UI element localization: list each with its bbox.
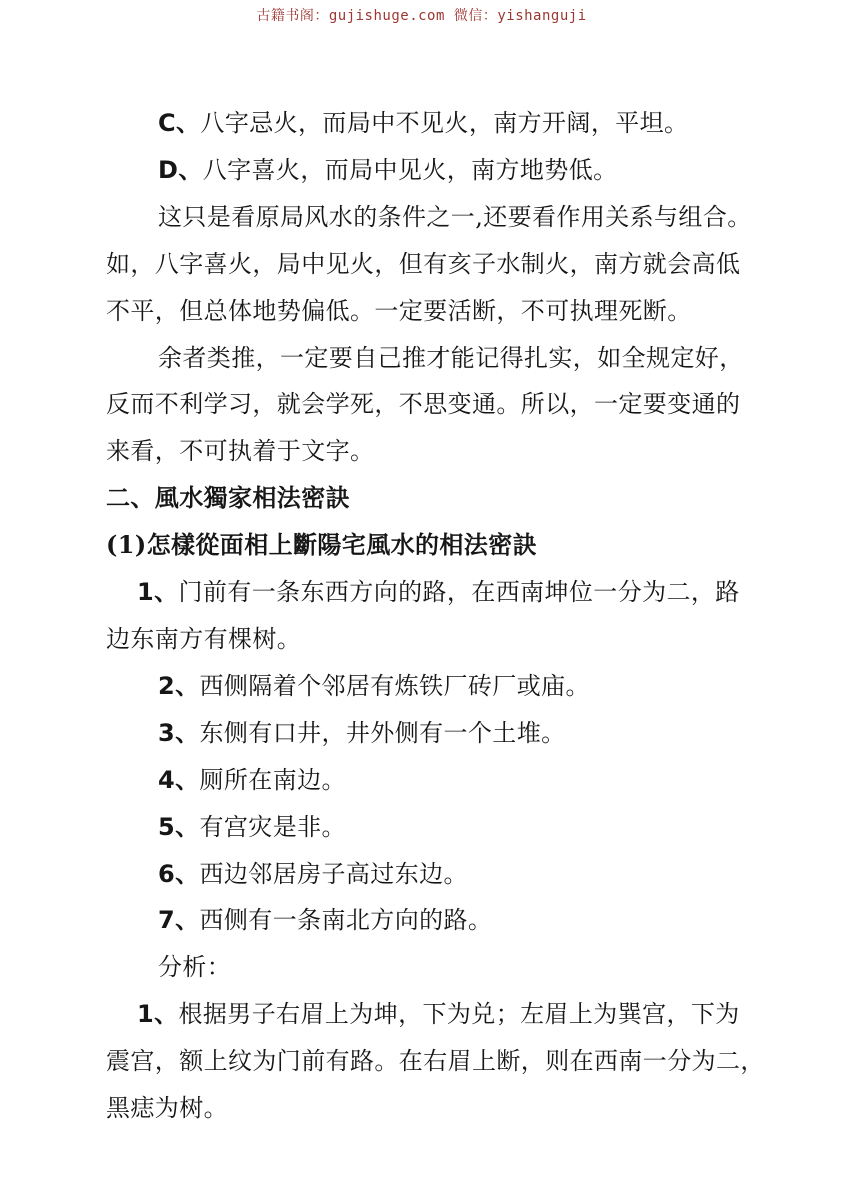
- text-line: 余者类推，一定要自己推才能记得扎实，如全规定好，: [106, 335, 750, 382]
- line-text: 震宫，额上纹为门前有路。在右眉上断，则在西南一分为二，: [106, 1047, 765, 1075]
- text-line: 边东南方有棵树。: [106, 616, 750, 663]
- text-line: 震宫，额上纹为门前有路。在右眉上断，则在西南一分为二，: [106, 1038, 750, 1085]
- list-item-marker: 1、: [137, 578, 179, 606]
- line-text: 分析：: [158, 953, 231, 981]
- line-text: 八字忌火，而局中不见火，南方开阔，平坦。: [200, 109, 688, 137]
- text-line: 1、门前有一条东西方向的路，在西南坤位一分为二，路: [106, 569, 750, 616]
- document-body: C、八字忌火，而局中不见火，南方开阔，平坦。D、八字喜火，而局中见火，南方地势低…: [106, 100, 750, 1132]
- document-page: 古籍书阁：gujishuge.com 微信：yishanguji C、八字忌火，…: [0, 0, 843, 1182]
- text-line: 7、西侧有一条南北方向的路。: [106, 897, 750, 944]
- text-line: 2、西侧隔着个邻居有炼铁厂砖厂或庙。: [106, 663, 750, 710]
- text-line: 4、厕所在南边。: [106, 757, 750, 804]
- list-item-marker: 4、: [158, 766, 200, 794]
- line-text: 不平，但总体地势偏低。一定要活断，不可执理死断。: [106, 297, 692, 325]
- text-line: D、八字喜火，而局中见火，南方地势低。: [106, 147, 750, 194]
- line-text: 反而不利学习，就会学死，不思变通。所以，一定要变通的: [106, 390, 740, 418]
- line-text: 西侧隔着个邻居有炼铁厂砖厂或庙。: [200, 672, 590, 700]
- line-text: 门前有一条东西方向的路，在西南坤位一分为二，路: [179, 578, 740, 606]
- line-text: 边东南方有棵树。: [106, 625, 301, 653]
- line-text: 黑痣为树。: [106, 1094, 228, 1122]
- line-text: (1)怎樣從面相上斷陽宅風水的相法密訣: [106, 530, 537, 559]
- text-line: 这只是看原局风水的条件之一,还要看作用关系与组合。: [106, 194, 750, 241]
- list-item-marker: 3、: [158, 719, 200, 747]
- text-line: 来看，不可执着于文字。: [106, 428, 750, 475]
- text-line: 如，八字喜火，局中见火，但有亥子水制火，南方就会高低: [106, 241, 750, 288]
- list-item-marker: 1、: [137, 1000, 179, 1028]
- section-heading: 二、風水獨家相法密訣: [106, 475, 750, 522]
- line-text: 这只是看原局风水的条件之一,还要看作用关系与组合。: [158, 203, 752, 231]
- line-text: 厕所在南边。: [200, 766, 346, 794]
- text-line: C、八字忌火，而局中不见火，南方开阔，平坦。: [106, 100, 750, 147]
- line-text: 余者类推，一定要自己推才能记得扎实，如全规定好，: [158, 344, 744, 372]
- list-item-marker: D、: [158, 156, 203, 184]
- watermark-header: 古籍书阁：gujishuge.com 微信：yishanguji: [0, 5, 843, 25]
- text-line: 1、根据男子右眉上为坤，下为兑；左眉上为巽宫，下为: [106, 991, 750, 1038]
- text-line: 反而不利学习，就会学死，不思变通。所以，一定要变通的: [106, 381, 750, 428]
- list-item-marker: 5、: [158, 813, 200, 841]
- text-line: 6、西边邻居房子高过东边。: [106, 851, 750, 898]
- line-text: 如，八字喜火，局中见火，但有亥子水制火，南方就会高低: [106, 250, 740, 278]
- line-text: 西侧有一条南北方向的路。: [200, 906, 493, 934]
- text-line: 5、有宫灾是非。: [106, 804, 750, 851]
- list-item-marker: C、: [158, 109, 200, 137]
- text-line: 黑痣为树。: [106, 1085, 750, 1132]
- text-line: 不平，但总体地势偏低。一定要活断，不可执理死断。: [106, 288, 750, 335]
- line-text: 根据男子右眉上为坤，下为兑；左眉上为巽宫，下为: [179, 1000, 740, 1028]
- line-text: 八字喜火，而局中见火，南方地势低。: [203, 156, 618, 184]
- line-text: 西边邻居房子高过东边。: [200, 860, 468, 888]
- text-line: 3、东侧有口井，井外侧有一个土堆。: [106, 710, 750, 757]
- list-item-marker: 2、: [158, 672, 200, 700]
- section-heading: (1)怎樣從面相上斷陽宅風水的相法密訣: [106, 522, 750, 569]
- text-line: 分析：: [106, 944, 750, 991]
- line-text: 东侧有口井，井外侧有一个土堆。: [200, 719, 566, 747]
- list-item-marker: 7、: [158, 906, 200, 934]
- line-text: 有宫灾是非。: [200, 813, 346, 841]
- line-text: 来看，不可执着于文字。: [106, 437, 374, 465]
- line-text: 二、風水獨家相法密訣: [106, 483, 350, 512]
- list-item-marker: 6、: [158, 860, 200, 888]
